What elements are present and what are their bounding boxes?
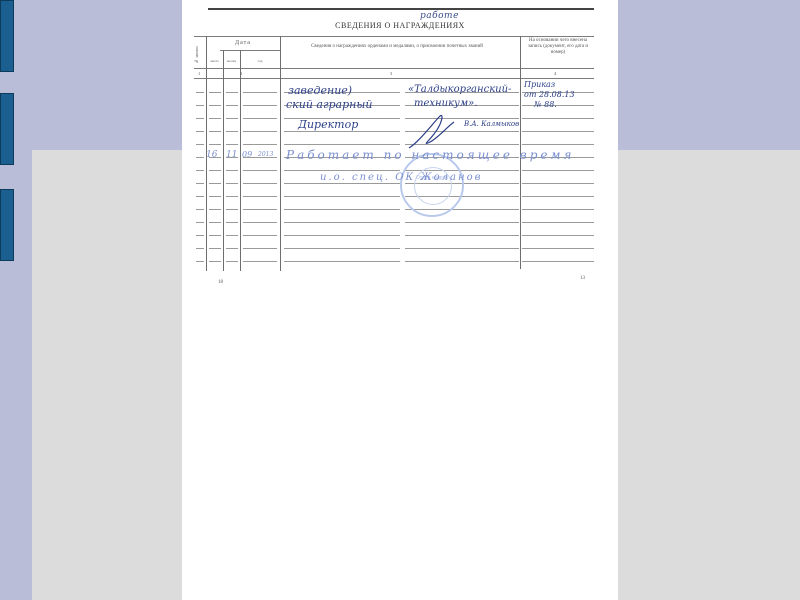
ruled-line xyxy=(209,105,221,106)
work-record-table: СВЕДЕНИЯ О НАГРАЖДЕНИЯХ работе № записи … xyxy=(182,0,618,300)
ruled-line xyxy=(209,248,221,249)
ruled-line xyxy=(196,261,204,262)
ruled-line xyxy=(522,131,594,132)
ruled-line xyxy=(243,105,277,106)
ruled-line xyxy=(209,235,221,236)
director-name: В.А. Калмыков xyxy=(464,120,519,128)
ruled-line xyxy=(196,144,204,145)
ruled-line xyxy=(522,248,594,249)
ruled-line xyxy=(209,183,221,184)
ruled-line xyxy=(226,261,238,262)
handwritten-correction: работе xyxy=(420,11,459,21)
entry-month: 09 xyxy=(242,150,252,159)
column-number: 3 xyxy=(390,71,392,76)
ruled-line xyxy=(522,261,594,262)
entry-text: Работает по настоящее время xyxy=(286,148,574,162)
ruled-line xyxy=(243,144,277,145)
ruled-line xyxy=(209,170,221,171)
ruled-line xyxy=(284,248,400,249)
ruled-line xyxy=(196,235,204,236)
ruled-line xyxy=(522,118,594,119)
ruled-line xyxy=(226,183,238,184)
column-number: 4 xyxy=(554,71,556,76)
ruled-line xyxy=(196,105,204,106)
page-number-left: 18 xyxy=(218,280,223,285)
ruled-line xyxy=(226,222,238,223)
ruled-line xyxy=(226,92,238,93)
ruled-line xyxy=(196,183,204,184)
ruled-line xyxy=(522,170,594,171)
entry-year: 2013 xyxy=(258,151,273,158)
header-num: № записи xyxy=(194,44,206,66)
ruled-line xyxy=(226,248,238,249)
ruled-line xyxy=(405,235,519,236)
page-number-right: 13 xyxy=(580,276,585,281)
basis-text: от 28.08.13 xyxy=(524,90,575,99)
ruled-line xyxy=(196,118,204,119)
ruled-line xyxy=(196,209,204,210)
official-stamp: Отдел кадров xyxy=(400,153,464,217)
ruled-line xyxy=(522,105,594,106)
column-number: 1 xyxy=(198,71,200,76)
ruled-line xyxy=(196,196,204,197)
ruled-line xyxy=(226,144,238,145)
ruled-line xyxy=(405,222,519,223)
ruled-line xyxy=(522,222,594,223)
scanned-document-page: СВЕДЕНИЯ О НАГРАЖДЕНИЯХ работе № записи … xyxy=(182,0,618,600)
ruled-line xyxy=(243,235,277,236)
ruled-line xyxy=(196,131,204,132)
ruled-line xyxy=(243,118,277,119)
ruled-line xyxy=(243,170,277,171)
entry-text: и.о. спец. ОК Жоланов xyxy=(320,172,482,183)
ruled-line xyxy=(196,170,204,171)
ruled-line xyxy=(226,209,238,210)
ruled-line xyxy=(209,144,221,145)
ruled-line xyxy=(284,144,400,145)
ruled-line xyxy=(209,118,221,119)
ruled-line xyxy=(522,209,594,210)
entry-text: техникум». xyxy=(414,98,477,109)
ruled-line xyxy=(284,131,400,132)
ruled-line xyxy=(226,118,238,119)
ruled-line xyxy=(522,235,594,236)
ruled-line xyxy=(522,144,594,145)
ruled-line xyxy=(243,196,277,197)
ruled-line xyxy=(209,261,221,262)
ruled-line xyxy=(243,248,277,249)
header-year: год xyxy=(240,58,280,64)
column-number: 2 xyxy=(240,71,242,76)
entry-num: 16 xyxy=(206,150,217,160)
ruled-line xyxy=(284,261,400,262)
ruled-line xyxy=(284,170,400,171)
ruled-line xyxy=(405,261,519,262)
header-basis: На основании чего внесена запись (докуме… xyxy=(522,38,594,56)
ruled-line xyxy=(196,222,204,223)
ruled-line xyxy=(284,196,400,197)
entry-text: «Талдыкорганский- xyxy=(408,84,511,95)
ruled-line xyxy=(522,196,594,197)
side-tab-3 xyxy=(0,189,14,261)
entry-day: 11 xyxy=(226,150,237,160)
ruled-line xyxy=(522,183,594,184)
ruled-line xyxy=(284,209,400,210)
ruled-line xyxy=(209,222,221,223)
ruled-line xyxy=(226,170,238,171)
ruled-line xyxy=(243,131,277,132)
ruled-line xyxy=(196,157,204,158)
ruled-line xyxy=(243,92,277,93)
ruled-line xyxy=(405,248,519,249)
entry-text: ский аграрный xyxy=(286,98,372,111)
ruled-line xyxy=(196,92,204,93)
header-info: Сведения о награждениях орденами и медал… xyxy=(292,44,502,50)
ruled-line xyxy=(243,261,277,262)
ruled-line xyxy=(243,183,277,184)
signature-icon xyxy=(404,112,464,152)
basis-text: № 88. xyxy=(534,100,557,109)
header-month: месяц xyxy=(223,58,240,64)
ruled-line xyxy=(226,196,238,197)
ruled-line xyxy=(209,196,221,197)
basis-text: Приказ xyxy=(524,80,555,89)
ruled-line xyxy=(209,92,221,93)
ruled-line xyxy=(284,235,400,236)
ruled-line xyxy=(209,209,221,210)
side-tab-1 xyxy=(0,0,14,72)
document-title: СВЕДЕНИЯ О НАГРАЖДЕНИЯХ работе xyxy=(182,21,618,30)
ruled-line xyxy=(209,131,221,132)
ruled-line xyxy=(196,248,204,249)
ruled-line xyxy=(243,209,277,210)
ruled-line xyxy=(226,235,238,236)
ruled-line xyxy=(284,183,400,184)
entry-text: Директор xyxy=(298,118,358,131)
header-day: число xyxy=(206,58,223,64)
ruled-line xyxy=(243,222,277,223)
ruled-line xyxy=(284,222,400,223)
side-tab-2 xyxy=(0,93,14,165)
entry-text: заведение) xyxy=(288,84,352,97)
ruled-line xyxy=(226,131,238,132)
header-date: Дата xyxy=(206,40,280,46)
ruled-line xyxy=(226,105,238,106)
